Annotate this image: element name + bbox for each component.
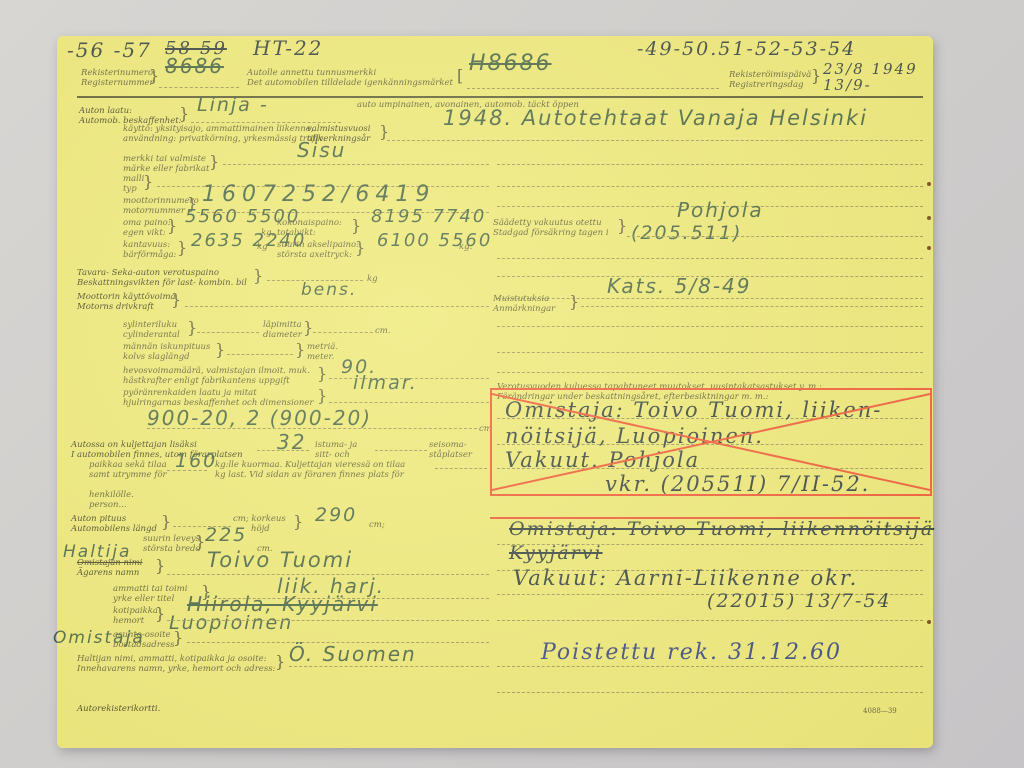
diameter-label: läpimittadiameter	[263, 320, 302, 340]
axle-weight-label: suurin akselipaino:största axeltryck:	[277, 240, 359, 260]
reg-number-label: RekisterinumeroRegisternummer	[81, 68, 154, 88]
length-label: Auton pituusAutomobilens längd	[71, 514, 157, 534]
insurance-number-value: (205.511)	[631, 222, 742, 244]
horsepower-label: hevosvoimamäärä, valmistajan ilmoit. muk…	[123, 366, 310, 386]
change-entry-3-line-1: Vakuut: Aarni-Liikenne okr.	[513, 566, 858, 590]
plate-number-note: HT-22	[253, 36, 323, 60]
deregistered-note: Poistettu rek. 31.12.60	[541, 640, 842, 665]
owner-margin-note: Omistaja	[53, 628, 145, 648]
change-entry-2-line-1: Omistaja: Toivo Tuomi, liikennöitsijä	[509, 518, 934, 540]
occupation-label: ammatti tai toimiyrke eller titel	[113, 584, 187, 604]
top-left-years: -56 -57	[67, 38, 152, 62]
top-right-years: -49-50.51-52-53-54	[637, 38, 856, 60]
engine-number-value: 1607252/6419	[202, 182, 435, 207]
change-entry-3-line-2: (22015) 13/7-54	[707, 590, 892, 612]
card-title: Autorekisterikortti.	[77, 704, 160, 714]
height-value: 290	[315, 504, 357, 526]
vehicle-type-value: Linja -	[197, 94, 269, 116]
width-value: 225	[205, 524, 247, 546]
home-label: kotipaikkahemort	[113, 606, 158, 626]
id-label: Autolle annettu tunnusmerkkiDet automobi…	[247, 68, 453, 88]
usage-label: käyttö: yksityisajo, ammattimainen liike…	[123, 124, 326, 144]
reg-date-label: RekisteröimispäiväRegistreringsdag	[729, 70, 811, 90]
width-label: suurin leveysstörsta bredd	[143, 534, 201, 554]
vehicle-type-label: Auton laatu:Automob. beskaffenhet:	[79, 106, 182, 126]
tax-weight-label: Tavara- Seka-auton verotuspainoBeskattni…	[77, 268, 247, 288]
notes-value: Kats. 5/8-49	[607, 274, 752, 298]
owner-label: Omistajan nimiÄgarens namn	[77, 558, 142, 578]
fuel-value: bens.	[301, 280, 357, 300]
tyres-label: pyöränrenkaiden laatu ja mitathjulringar…	[123, 388, 313, 408]
engine-power-label: Moottorin käyttövoimaMotorns drivkraft	[77, 292, 176, 312]
owner-name-value: Toivo Tuomi	[207, 548, 353, 572]
notes-label: MuistutuksiaAnmärkningar	[493, 294, 555, 314]
home-value: Luopioinen	[169, 612, 293, 634]
make-label: merkki tai valmistemärke eller fabrikat	[123, 154, 209, 174]
form-code: 4088—39	[863, 706, 897, 716]
stroke-label: männän iskunpituuskolvs slaglängd	[123, 342, 210, 362]
tyres-value: ilmar.	[353, 372, 418, 394]
reg-date-value-2: 13/9-	[823, 76, 872, 94]
insurance-label: Säädetty vakuutus otettuStadgad försäkri…	[493, 218, 609, 238]
holder-label: Haltijan nimi, ammatti, kotipaikka ja os…	[77, 654, 275, 674]
cylinders-label: sylinterilukucylinderantal	[123, 320, 180, 340]
tyre-dimensions-value: 900-20, 2 (900-20)	[147, 406, 372, 430]
reg-number-value: 8686	[165, 54, 224, 78]
id-value: H8686	[469, 51, 552, 76]
holder-value: Ö. Suomen	[289, 642, 417, 666]
own-weight-label: oma paino:egen vikt:	[123, 218, 171, 238]
total-weight-value: 8195 7740	[371, 206, 486, 227]
axle-weight-value: 6100 5560	[377, 230, 492, 251]
load-space-value: 160	[175, 450, 217, 472]
insurance-company-value: Pohjola	[677, 198, 764, 222]
make-value: Sisu	[297, 138, 346, 162]
cancelled-entry-box	[490, 388, 932, 496]
load-space-label: paikkaa sekä tilaasamt utrymme för	[89, 460, 167, 480]
change-entry-2-line-2: Kyyjärvi	[509, 542, 603, 564]
manufacturer-value: 1948. Autotehtaat Vanaja Helsinki	[443, 106, 868, 130]
load-capacity-label: kantavuus:bärförmåga:	[123, 240, 176, 260]
model-label: mallityp	[123, 174, 144, 194]
cross-out-mark	[492, 390, 930, 494]
vehicle-registration-card: -56 -57 58-59 HT-22 -49-50.51-52-53-54 R…	[57, 36, 933, 748]
